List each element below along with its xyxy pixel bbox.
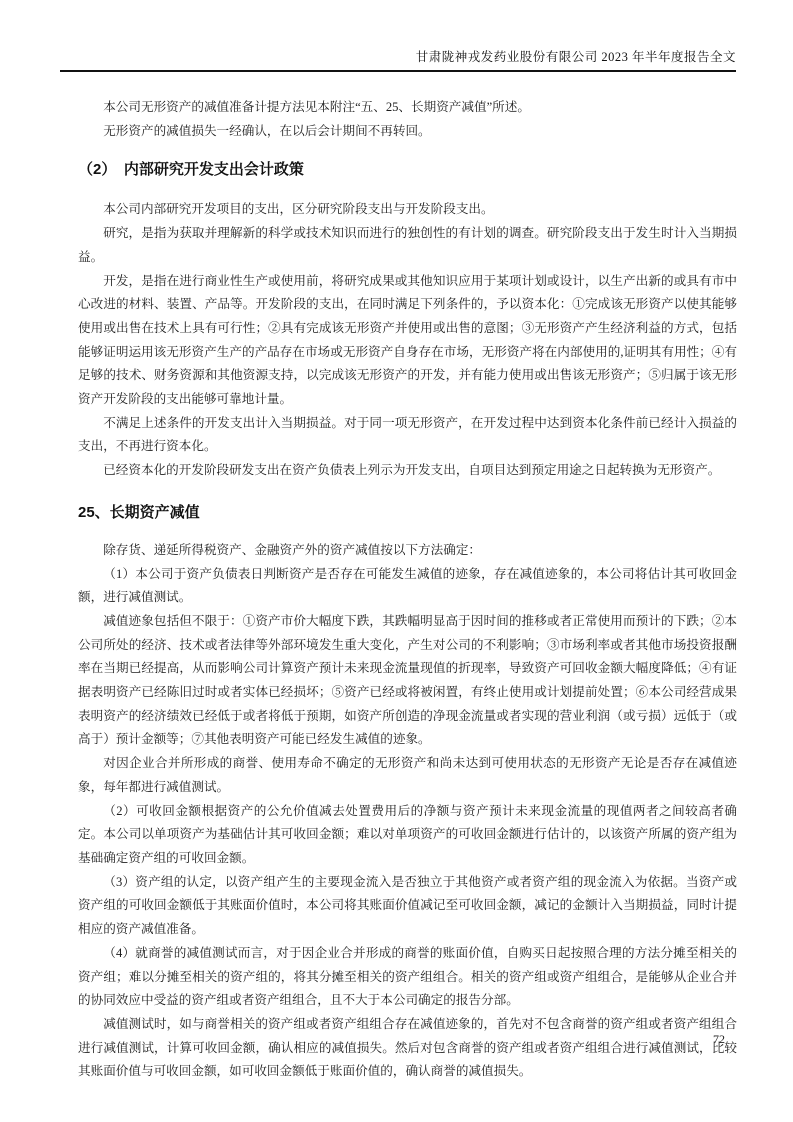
section-heading-internal-rnd-policy: （2） 内部研究开发支出会计政策 <box>78 159 737 180</box>
paragraph: 开发，是指在进行商业性生产或使用前，将研究成果或其他知识应用于某项计划或设计，以… <box>78 270 737 412</box>
page-number: 72 <box>713 1032 725 1047</box>
paragraph: 减值测试时，如与商誉相关的资产组或者资产组组合存在减值迹象的，首先对不包含商誉的… <box>78 1013 737 1084</box>
paragraph: 本公司无形资产的减值准备计提方法见本附注“五、25、长期资产减值”所述。 <box>78 96 737 120</box>
section-heading-long-term-asset-impairment: 25、长期资产减值 <box>78 502 737 523</box>
paragraph: 已经资本化的开发阶段研发支出在资产负债表上列示为开发支出，自项目达到预定用途之日… <box>78 459 737 483</box>
header-divider <box>60 70 736 72</box>
paragraph: 除存货、递延所得税资产、金融资产外的资产减值按以下方法确定： <box>78 539 737 563</box>
paragraph: 减值迹象包括但不限于：①资产市价大幅度下跌，其跌幅明显高于因时间的推移或者正常使… <box>78 610 737 752</box>
report-header-title: 甘肃陇神戎发药业股份有限公司 2023 年半年度报告全文 <box>0 0 793 65</box>
paragraph: （4）就商誉的减值测试而言，对于因企业合并形成的商誉的账面价值，自购买日起按照合… <box>78 942 737 1013</box>
paragraph: 无形资产的减值损失一经确认，在以后会计期间不再转回。 <box>78 120 737 144</box>
paragraph: （2）可收回金额根据资产的公允价值减去处置费用后的净额与资产预计未来现金流量的现… <box>78 800 737 871</box>
paragraph: 对因企业合并所形成的商誉、使用寿命不确定的无形资产和尚未达到可使用状态的无形资产… <box>78 752 737 799</box>
paragraph: 不满足上述条件的开发支出计入当期损益。对于同一项无形资产，在开发过程中达到资本化… <box>78 412 737 459</box>
report-body: 本公司无形资产的减值准备计提方法见本附注“五、25、长期资产减值”所述。 无形资… <box>78 96 737 1084</box>
paragraph: （3）资产组的认定，以资产组产生的主要现金流入是否独立于其他资产或者资产组的现金… <box>78 871 737 942</box>
paragraph: （1）本公司于资产负债表日判断资产是否存在可能发生减值的迹象，存在减值迹象的，本… <box>78 563 737 610</box>
paragraph: 研究，是指为获取并理解新的科学或技术知识而进行的独创性的有计划的调查。研究阶段支… <box>78 222 737 269</box>
paragraph: 本公司内部研究开发项目的支出，区分研究阶段支出与开发阶段支出。 <box>78 198 737 222</box>
report-page: 甘肃陇神戎发药业股份有限公司 2023 年半年度报告全文 本公司无形资产的减值准… <box>0 0 793 1122</box>
